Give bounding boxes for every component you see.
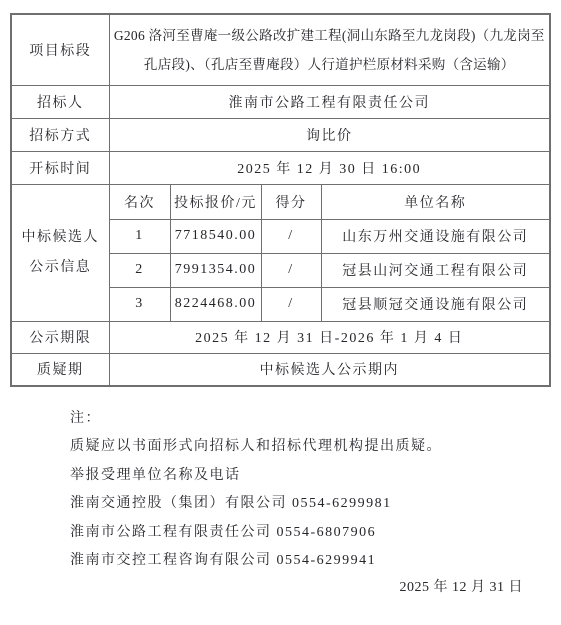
candidates-header-score: 得分 — [261, 184, 321, 219]
tenderer-row: 招标人 淮南市公路工程有限责任公司 — [11, 85, 550, 118]
publicity-period-label: 公示期限 — [11, 321, 109, 353]
tender-method-row: 招标方式 询比价 — [11, 118, 550, 151]
report-contact-1: 淮南交通控股（集团）有限公司 0554-6299981 — [70, 490, 540, 518]
bid-opening-time-row: 开标时间 2025 年 12 月 30 日 16:00 — [11, 151, 550, 184]
candidate-rank: 3 — [109, 287, 170, 321]
announcement-date: 2025 年 12 月 31 日 — [0, 578, 523, 598]
tender-method-label: 招标方式 — [11, 118, 109, 151]
publicity-period-value: 2025 年 12 月 31 日-2026 年 1 月 4 日 — [109, 321, 550, 353]
question-period-row: 质疑期 中标候选人公示期内 — [11, 353, 550, 386]
candidate-score: / — [261, 287, 321, 321]
project-section-value: G206 洛河至曹庵一级公路改扩建工程(洞山东路至九龙岗段)（九龙岗至 孔店段)… — [109, 14, 550, 85]
question-period-label: 质疑期 — [11, 353, 109, 386]
publicity-info-label: 中标候选人 公示信息 — [11, 184, 109, 321]
note-objection-line: 质疑应以书面形式向招标人和招标代理机构提出质疑。 — [70, 433, 540, 461]
project-section-value-line1: G206 洛河至曹庵一级公路改扩建工程(洞山东路至九龙岗段)（九龙岗至 — [113, 21, 547, 50]
candidate-price: 7991354.00 — [170, 253, 261, 287]
report-contact-3: 淮南市交控工程咨询有限公司 0554-6299941 — [70, 547, 540, 575]
notes-title: 注： — [70, 405, 540, 433]
candidates-header-rank: 名次 — [109, 184, 170, 219]
project-section-label: 项目标段 — [11, 14, 109, 85]
report-contact-2: 淮南市公路工程有限责任公司 0554-6807906 — [70, 519, 540, 547]
candidate-company: 冠县顺冠交通设施有限公司 — [321, 287, 550, 321]
project-section-row: 项目标段 G206 洛河至曹庵一级公路改扩建工程(洞山东路至九龙岗段)（九龙岗至… — [11, 14, 550, 85]
candidate-company: 山东万州交通设施有限公司 — [321, 219, 550, 253]
question-period-value: 中标候选人公示期内 — [109, 353, 550, 386]
candidates-header-price: 投标报价/元 — [170, 184, 261, 219]
candidate-score: / — [261, 253, 321, 287]
note-report-heading: 举报受理单位名称及电话 — [70, 462, 540, 490]
bid-announcement-table: 项目标段 G206 洛河至曹庵一级公路改扩建工程(洞山东路至九龙岗段)（九龙岗至… — [10, 13, 551, 387]
candidates-header-company: 单位名称 — [321, 184, 550, 219]
project-section-value-line2: 孔店段)、（孔店至曹庵段）人行道护栏原材料采购（含运输） — [113, 50, 547, 79]
candidate-company: 冠县山河交通工程有限公司 — [321, 253, 550, 287]
publicity-period-row: 公示期限 2025 年 12 月 31 日-2026 年 1 月 4 日 — [11, 321, 550, 353]
bid-opening-time-label: 开标时间 — [11, 151, 109, 184]
candidate-price: 7718540.00 — [170, 219, 261, 253]
notes-section: 注： 质疑应以书面形式向招标人和招标代理机构提出质疑。 举报受理单位名称及电话 … — [70, 405, 540, 575]
candidate-rank: 2 — [109, 253, 170, 287]
tenderer-value: 淮南市公路工程有限责任公司 — [109, 85, 550, 118]
candidate-rank: 1 — [109, 219, 170, 253]
candidate-price: 8224468.00 — [170, 287, 261, 321]
tender-method-value: 询比价 — [109, 118, 550, 151]
bid-opening-time-value: 2025 年 12 月 30 日 16:00 — [109, 151, 550, 184]
tenderer-label: 招标人 — [11, 85, 109, 118]
candidates-header-row: 中标候选人 公示信息 名次 投标报价/元 得分 单位名称 — [11, 184, 550, 219]
candidate-score: / — [261, 219, 321, 253]
